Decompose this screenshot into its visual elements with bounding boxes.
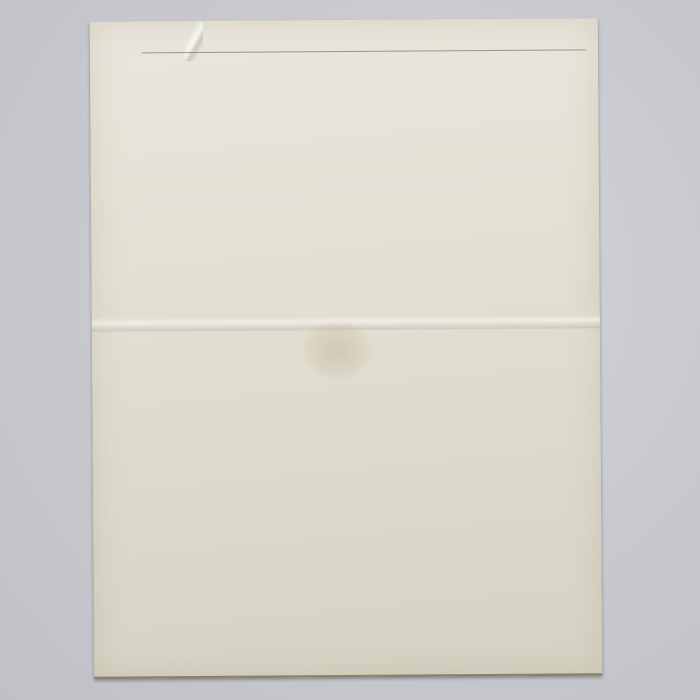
section-b-letter: [142, 90, 586, 93]
water-stain: [302, 320, 372, 380]
author-index: [142, 90, 586, 93]
index-columns: [142, 54, 586, 57]
page-content: [142, 46, 586, 93]
document-page: [90, 18, 603, 679]
section-v-references: [142, 76, 586, 81]
running-head: [142, 46, 586, 53]
author-index-title: [142, 90, 586, 93]
section-iv-references: [142, 64, 586, 69]
